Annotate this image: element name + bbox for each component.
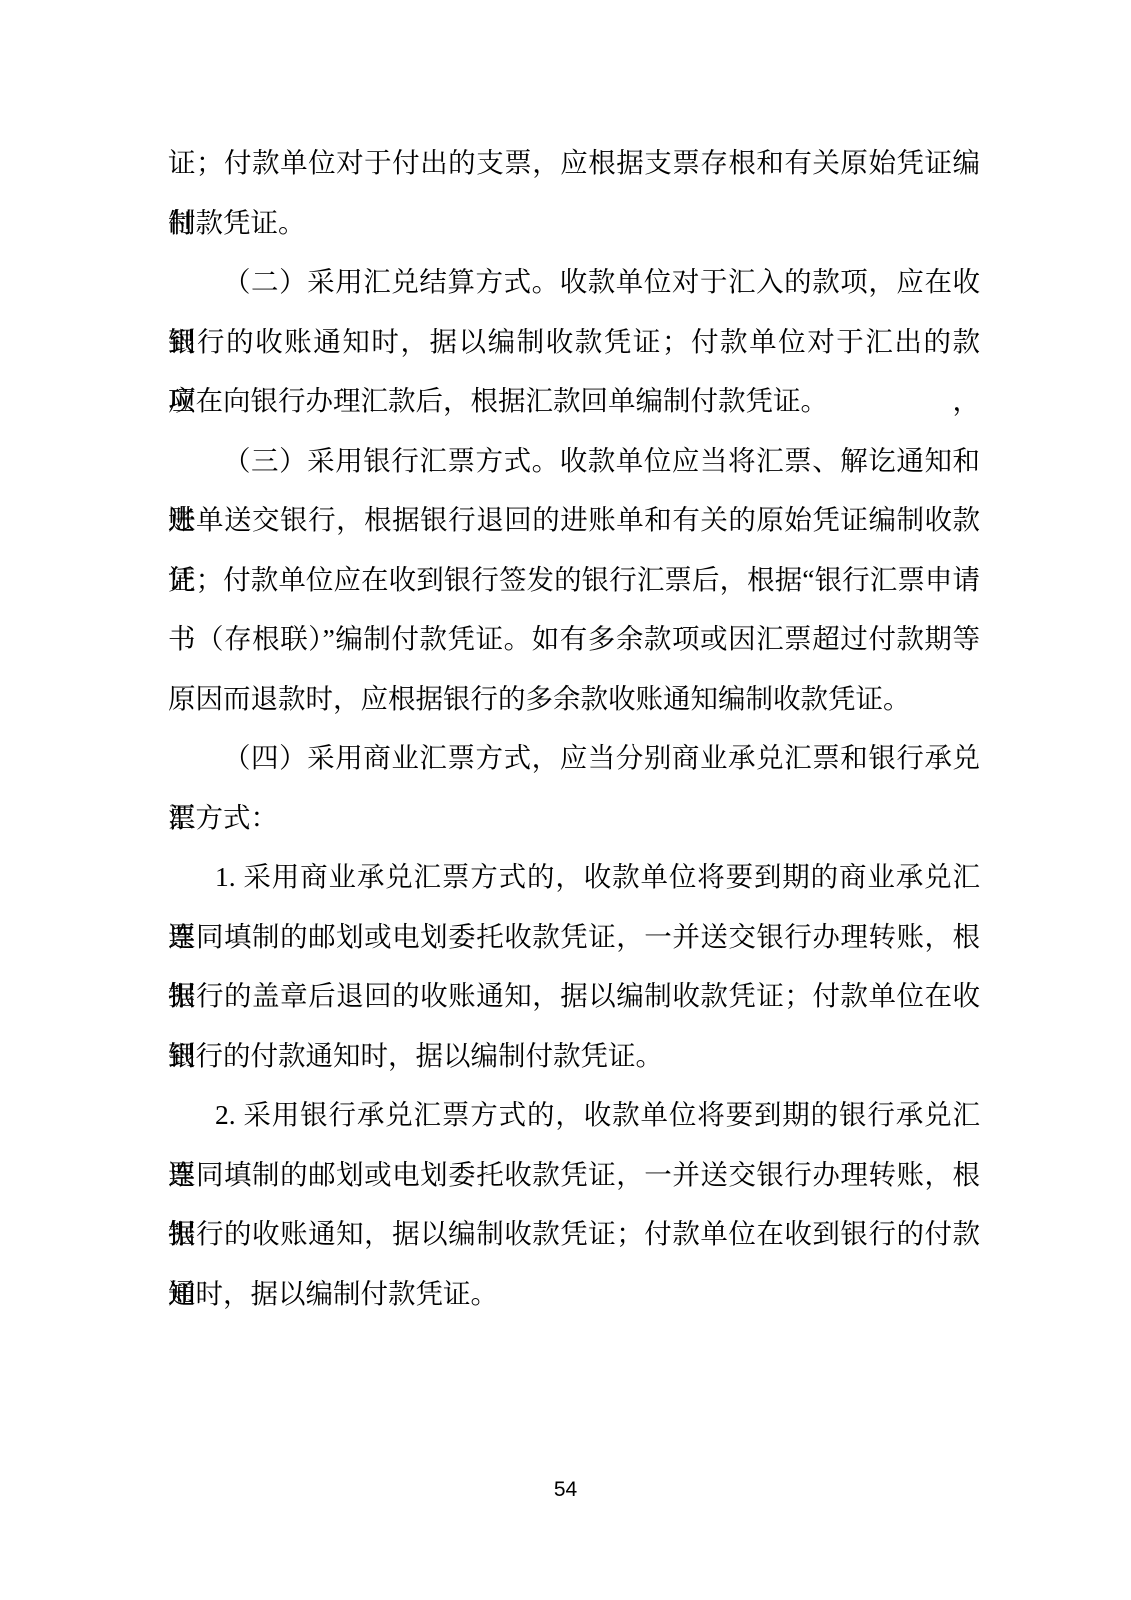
document-page: 证；付款单位对于付出的支票，应根据支票存根和有关原始凭证编制 付款凭证。 （二）…	[0, 0, 1131, 1600]
text-line-p2-l2: 银行的收账通知时，据以编制收款凭证；付款单位对于汇出的款项，	[168, 312, 980, 372]
body-text: 证；付款单位对于付出的支票，应根据支票存根和有关原始凭证编制 付款凭证。 （二）…	[168, 133, 980, 1323]
text-line-p5-l3: 银行的盖章后退回的收账通知，据以编制收款凭证；付款单位在收到	[168, 966, 980, 1026]
page-number: 54	[0, 1478, 1131, 1502]
text-line-p5-l2: 连同填制的邮划或电划委托收款凭证，一并送交银行办理转账，根据	[168, 907, 980, 967]
text-line-p3-l1: （三）采用银行汇票方式。收款单位应当将汇票、解讫通知和进	[168, 431, 980, 491]
text-line-p3-l4: 书（存根联）”编制付款凭证。如有多余款项或因汇票超过付款期等	[168, 609, 980, 669]
text-line-p3-l2: 账单送交银行，根据银行退回的进账单和有关的原始凭证编制收款凭	[168, 490, 980, 550]
text-line-p1-l1: 证；付款单位对于付出的支票，应根据支票存根和有关原始凭证编制	[168, 133, 980, 193]
text-line-p4-l1: （四）采用商业汇票方式，应当分别商业承兑汇票和银行承兑汇	[168, 728, 980, 788]
text-line-p6-l2: 连同填制的邮划或电划委托收款凭证，一并送交银行办理转账，根据	[168, 1145, 980, 1205]
text-line-p6-l3: 银行的收账通知，据以编制收款凭证；付款单位在收到银行的付款通	[168, 1204, 980, 1264]
text-line-p1-l2: 付款凭证。	[168, 193, 980, 253]
text-line-p6-l4: 知时，据以编制付款凭证。	[168, 1264, 980, 1324]
text-line-p2-l1: （二）采用汇兑结算方式。收款单位对于汇入的款项，应在收到	[168, 252, 980, 312]
text-line-p6-l1: 2. 采用银行承兑汇票方式的，收款单位将要到期的银行承兑汇票	[168, 1085, 980, 1145]
text-line-p3-l5: 原因而退款时，应根据银行的多余款收账通知编制收款凭证。	[168, 669, 980, 729]
text-line-p5-l4: 银行的付款通知时，据以编制付款凭证。	[168, 1026, 980, 1086]
text-line-p5-l1: 1. 采用商业承兑汇票方式的，收款单位将要到期的商业承兑汇票	[168, 847, 980, 907]
text-line-p4-l2: 票方式：	[168, 788, 980, 848]
text-line-p3-l3: 证；付款单位应在收到银行签发的银行汇票后，根据“银行汇票申请	[168, 550, 980, 610]
